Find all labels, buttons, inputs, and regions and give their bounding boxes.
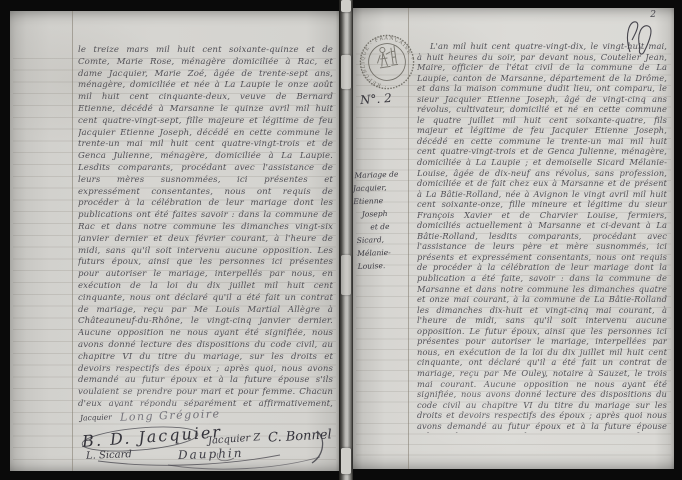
binding-tab <box>341 255 351 295</box>
signature: Dauphin <box>178 446 244 462</box>
act-text-right: L'an mil huit cent quatre-vingt-dix, le … <box>417 41 667 433</box>
signature: Jacquier <box>80 412 112 422</box>
margin-note: Mariage de Jacquier, Etienne Joseph et d… <box>354 167 418 273</box>
stamp-arc-text: · RÉPUBLIQUE · FRANÇAISE · <box>357 32 417 92</box>
left-page: le treize mars mil huit cent soixante-qu… <box>10 11 339 471</box>
book-binding <box>339 0 353 480</box>
signature: C. Bonnel <box>268 427 332 445</box>
signature: Long Grégoire <box>120 407 221 424</box>
stamp-figure-icon <box>375 45 398 68</box>
scanned-register-spread: le treize mars mil huit cent soixante-qu… <box>0 0 682 480</box>
margin-note-line: Sicard, Mélanie- <box>356 232 417 260</box>
act-text-left: le treize mars mil huit cent soixante-qu… <box>78 45 333 407</box>
svg-text:· RÉPUBLIQUE · FRANÇAISE ·: · RÉPUBLIQUE · FRANÇAISE · <box>357 32 417 92</box>
signature: Jacquier Z <box>208 432 261 447</box>
binding-tab <box>341 0 351 12</box>
margin-rule-left <box>72 11 73 471</box>
margin-note-line: Jacquier, Etienne <box>353 180 416 208</box>
binding-tab <box>341 448 351 474</box>
signature-block: Jacquier Long Grégoire B. D. Jacquier Ja… <box>68 403 336 471</box>
right-page: 2 · RÉPUBLIQUE · FRANÇAISE · N°. 2 Mar <box>353 8 674 469</box>
binding-tab <box>341 55 351 89</box>
signature: L. Sicard <box>86 449 132 462</box>
margin-note-line: Louise. <box>357 258 417 273</box>
act-number: N°. 2 <box>360 91 393 107</box>
official-stamp-icon: · RÉPUBLIQUE · FRANÇAISE · <box>354 29 420 95</box>
